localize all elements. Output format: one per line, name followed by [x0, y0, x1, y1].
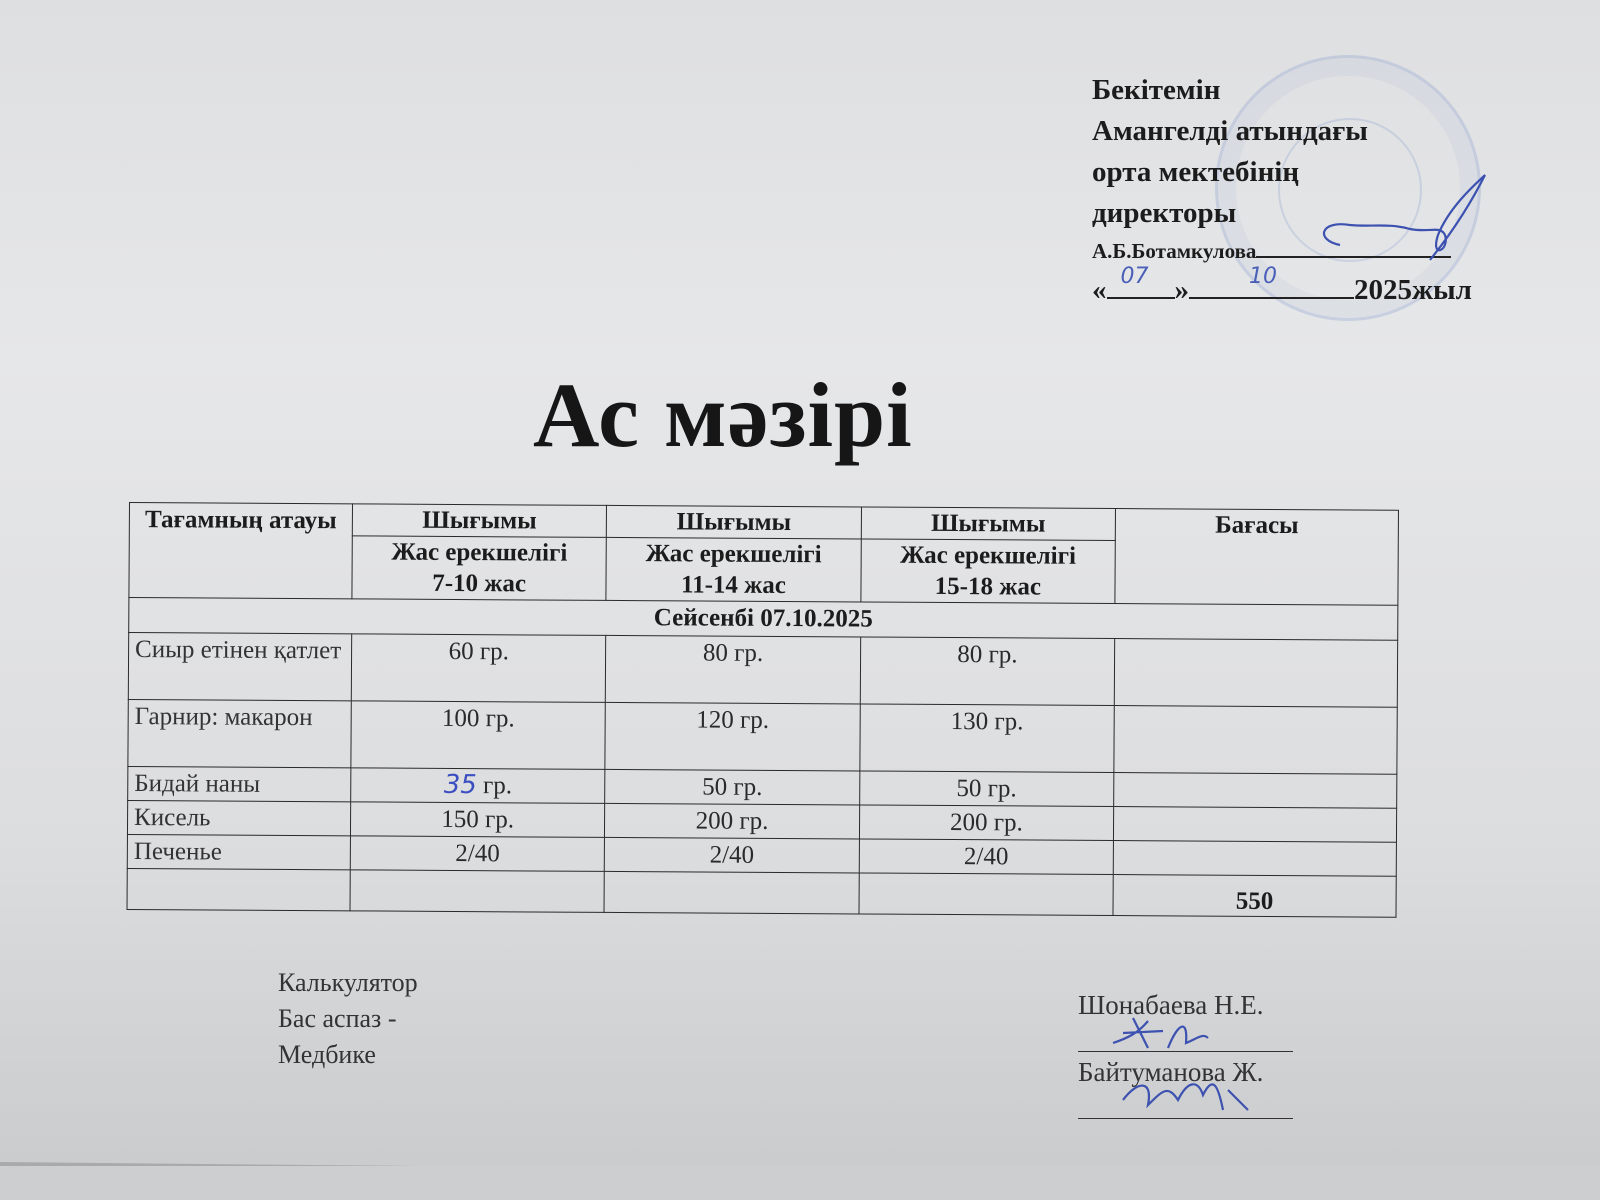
day-blank: 07 [1107, 275, 1175, 299]
qty-15-18: 2/40 [859, 839, 1114, 875]
handwritten-qty: 35 [444, 770, 477, 800]
background-surface [0, 1166, 1600, 1200]
director-name: А.Б.Ботамкулова [1092, 239, 1256, 263]
quote-close: » [1175, 274, 1190, 306]
dish-name: Бидай наны [128, 766, 351, 801]
age-group-1: 7-10 жас [358, 567, 600, 599]
signature-line-2 [1078, 1092, 1293, 1119]
approval-line-1: Бекітемін [1092, 70, 1472, 111]
role-head-cook: Бас аспаз - [278, 1001, 418, 1037]
price-cell [1114, 639, 1397, 708]
approval-date: «07»102025жыл [1092, 270, 1472, 311]
role-nurse: Медбике [278, 1037, 418, 1073]
table-row: Сиыр етінен қатлет 60 гр. 80 гр. 80 гр. [128, 633, 1397, 708]
qty-11-14: 80 гр. [606, 635, 861, 704]
qty-11-14: 120 гр. [605, 702, 860, 771]
header-age-2: Жас ерекшелігі11-14 жас [606, 537, 861, 602]
month-blank: 10 [1189, 275, 1354, 299]
empty-cell [604, 871, 859, 914]
table-row: Гарнир: макарон 100 гр. 120 гр. 130 гр. [128, 699, 1397, 774]
quote-open: « [1092, 274, 1107, 306]
qty-15-18: 80 гр. [860, 637, 1115, 706]
age-group-3: 15-18 жас [867, 571, 1109, 603]
dish-name: Гарнир: макарон [128, 699, 351, 767]
price-cell [1114, 706, 1397, 775]
empty-cell [127, 868, 350, 910]
dish-name: Сиыр етінен қатлет [128, 633, 351, 701]
total-row: 550 [127, 868, 1396, 917]
dish-name: Кисель [127, 800, 350, 835]
qty-7-10: 100 гр. [351, 701, 606, 770]
qty-11-14: 200 гр. [605, 803, 860, 839]
empty-cell [350, 870, 605, 913]
price-cell [1113, 841, 1396, 877]
date-day: 07 [1121, 256, 1149, 297]
footer-roles: Калькулятор Бас аспаз - Медбике [278, 965, 418, 1073]
director-signature-icon [1310, 165, 1500, 265]
page-title: Ас мәзірі [533, 362, 913, 468]
price-cell [1113, 807, 1396, 843]
signature-2-icon [1118, 1070, 1258, 1120]
qty-11-14: 2/40 [605, 837, 860, 873]
dish-name: Печенье [127, 834, 350, 869]
qty-7-10: 2/40 [350, 836, 605, 872]
header-row: Тағамның атауы Шығымы Шығымы Шығымы Баға… [129, 503, 1398, 543]
approval-line-2: Амангелді атындағы [1092, 111, 1472, 152]
qty-15-18: 200 гр. [859, 805, 1114, 841]
menu-table: Тағамның атауы Шығымы Шығымы Шығымы Баға… [127, 502, 1399, 918]
date-month: 10 [1249, 256, 1277, 297]
qty-7-10: 60 гр. [351, 634, 606, 703]
header-price: Бағасы [1115, 509, 1399, 606]
total-price: 550 [1113, 875, 1396, 918]
header-age-1: Жас ерекшелігі7-10 жас [352, 536, 607, 601]
signature-1-icon [1108, 1013, 1218, 1053]
qty-7-10: 150 гр. [350, 802, 605, 838]
footer-signatories: Шонабаева Н.Е. Байтуманова Ж. [1078, 985, 1293, 1119]
header-output-1: Шығымы [352, 504, 607, 538]
signature-line-1 [1078, 1025, 1293, 1052]
header-age-3: Жас ерекшелігі15-18 жас [861, 539, 1116, 604]
price-cell [1114, 773, 1397, 809]
empty-cell [859, 873, 1114, 916]
header-output-2: Шығымы [607, 505, 862, 539]
date-year: 2025жыл [1354, 274, 1472, 306]
header-output-3: Шығымы [861, 507, 1116, 541]
qty-15-18: 130 гр. [860, 704, 1115, 773]
qty-11-14: 50 гр. [605, 769, 860, 805]
header-dish-name: Тағамның атауы [129, 503, 353, 599]
qty-7-10: 35 гр. [351, 768, 606, 804]
role-calculator: Калькулятор [278, 965, 418, 1001]
age-group-2: 11-14 жас [613, 569, 855, 601]
qty-15-18: 50 гр. [859, 771, 1114, 807]
